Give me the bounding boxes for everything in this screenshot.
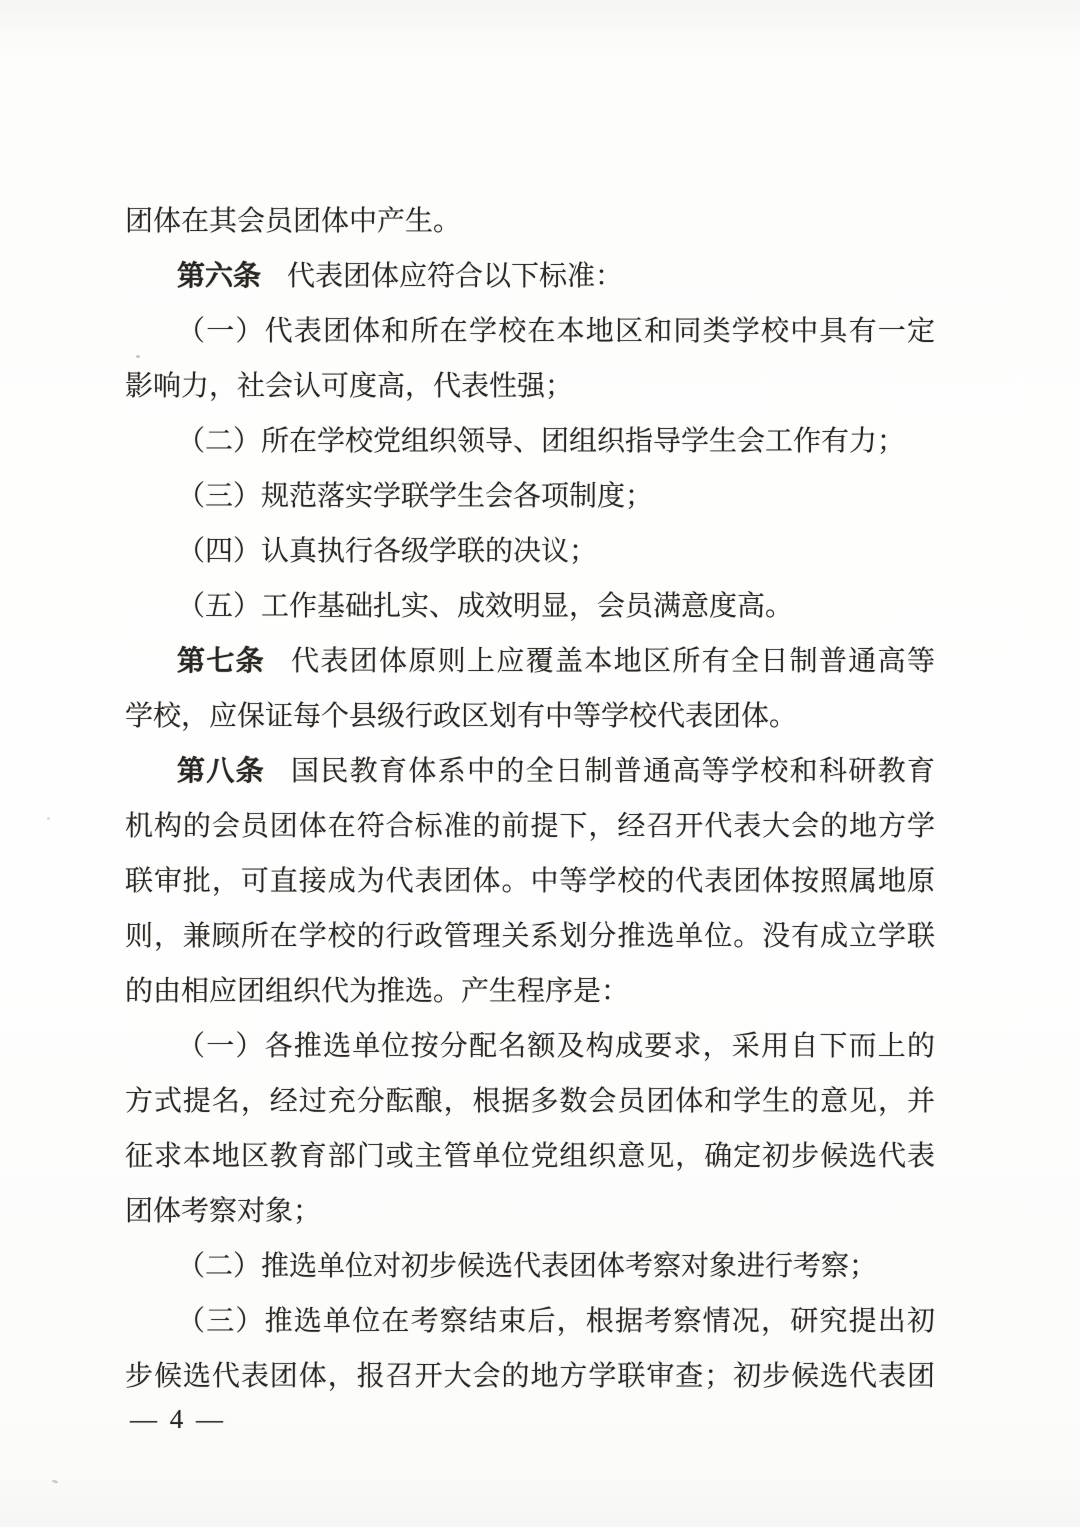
line-text: 国民教育体系中的全日制普通高等学校和科研教育 — [291, 756, 935, 787]
scanned-document-page: 团体在其会员团体中产生。第六条代表团体应符合以下标准：（一）代表团体和所在学校在… — [0, 0, 1080, 1527]
line-text: 联审批，可直接成为代表团体。中等学校的代表团体按照属地原 — [125, 866, 935, 897]
line-text: 团体在其会员团体中产生。 — [125, 206, 461, 237]
text-line: 影响力，社会认可度高，代表性强； — [125, 359, 935, 414]
article-number-heading: 第七条 — [177, 646, 265, 677]
text-body: 团体在其会员团体中产生。第六条代表团体应符合以下标准：（一）代表团体和所在学校在… — [125, 194, 935, 1404]
line-text: 代表团体原则上应覆盖本地区所有全日制普通高等 — [291, 646, 935, 677]
scan-speck — [136, 355, 140, 358]
text-line: 团体考察对象； — [125, 1184, 935, 1239]
line-text: 方式提名，经过充分酝酿，根据多数会员团体和学生的意见，并 — [125, 1086, 935, 1117]
text-line: （三）推选单位在考察结束后，根据考察情况，研究提出初 — [125, 1294, 935, 1349]
line-text: （二）所在学校党组织领导、团组织指导学生会工作有力； — [177, 426, 905, 457]
page-number: — 4 — — [130, 1392, 226, 1447]
scan-speck — [52, 1479, 59, 1484]
text-line: 学校，应保证每个县级行政区划有中等学校代表团体。 — [125, 689, 935, 744]
line-text: （三）规范落实学联学生会各项制度； — [177, 481, 653, 512]
text-line: 方式提名，经过充分酝酿，根据多数会员团体和学生的意见，并 — [125, 1074, 935, 1129]
text-line: 第七条代表团体原则上应覆盖本地区所有全日制普通高等 — [125, 634, 935, 689]
line-text: 步候选代表团体，报召开大会的地方学联审查；初步候选代表团 — [125, 1361, 935, 1392]
text-line: 团体在其会员团体中产生。 — [125, 194, 935, 249]
line-text: 的由相应团组织代为推选。产生程序是： — [125, 976, 629, 1007]
article-number-heading: 第八条 — [177, 756, 265, 787]
text-line: （二）所在学校党组织领导、团组织指导学生会工作有力； — [125, 414, 935, 469]
line-text: 影响力，社会认可度高，代表性强； — [125, 371, 573, 402]
text-line: （一）代表团体和所在学校在本地区和同类学校中具有一定 — [125, 304, 935, 359]
text-line: 的由相应团组织代为推选。产生程序是： — [125, 964, 935, 1019]
text-line: （一）各推选单位按分配名额及构成要求，采用自下而上的 — [125, 1019, 935, 1074]
text-line: （二）推选单位对初步候选代表团体考察对象进行考察； — [125, 1239, 935, 1294]
text-line: 征求本地区教育部门或主管单位党组织意见，确定初步候选代表 — [125, 1129, 935, 1184]
text-line: （五）工作基础扎实、成效明显，会员满意度高。 — [125, 579, 935, 634]
line-text: （二）推选单位对初步候选代表团体考察对象进行考察； — [177, 1251, 877, 1282]
line-text: 团体考察对象； — [125, 1196, 321, 1227]
text-line: （四）认真执行各级学联的决议； — [125, 524, 935, 579]
scan-speck — [47, 817, 50, 820]
line-text: 代表团体应符合以下标准： — [287, 261, 623, 292]
line-text: （四）认真执行各级学联的决议； — [177, 536, 597, 567]
line-text: （五）工作基础扎实、成效明显，会员满意度高。 — [177, 591, 793, 622]
text-line: （三）规范落实学联学生会各项制度； — [125, 469, 935, 524]
text-line: 则，兼顾所在学校的行政管理关系划分推选单位。没有成立学联 — [125, 909, 935, 964]
line-text: （三）推选单位在考察结束后，根据考察情况，研究提出初 — [177, 1306, 935, 1337]
text-line: 机构的会员团体在符合标准的前提下，经召开代表大会的地方学 — [125, 799, 935, 854]
text-line: 步候选代表团体，报召开大会的地方学联审查；初步候选代表团 — [125, 1349, 935, 1404]
text-line: 联审批，可直接成为代表团体。中等学校的代表团体按照属地原 — [125, 854, 935, 909]
line-text: 学校，应保证每个县级行政区划有中等学校代表团体。 — [125, 701, 797, 732]
text-line: 第八条国民教育体系中的全日制普通高等学校和科研教育 — [125, 744, 935, 799]
line-text: （一）代表团体和所在学校在本地区和同类学校中具有一定 — [177, 316, 935, 347]
text-line: 第六条代表团体应符合以下标准： — [125, 249, 935, 304]
article-number-heading: 第六条 — [177, 261, 261, 292]
line-text: 则，兼顾所在学校的行政管理关系划分推选单位。没有成立学联 — [125, 921, 935, 952]
line-text: 征求本地区教育部门或主管单位党组织意见，确定初步候选代表 — [125, 1141, 935, 1172]
line-text: （一）各推选单位按分配名额及构成要求，采用自下而上的 — [177, 1031, 935, 1062]
line-text: 机构的会员团体在符合标准的前提下，经召开代表大会的地方学 — [125, 811, 935, 842]
